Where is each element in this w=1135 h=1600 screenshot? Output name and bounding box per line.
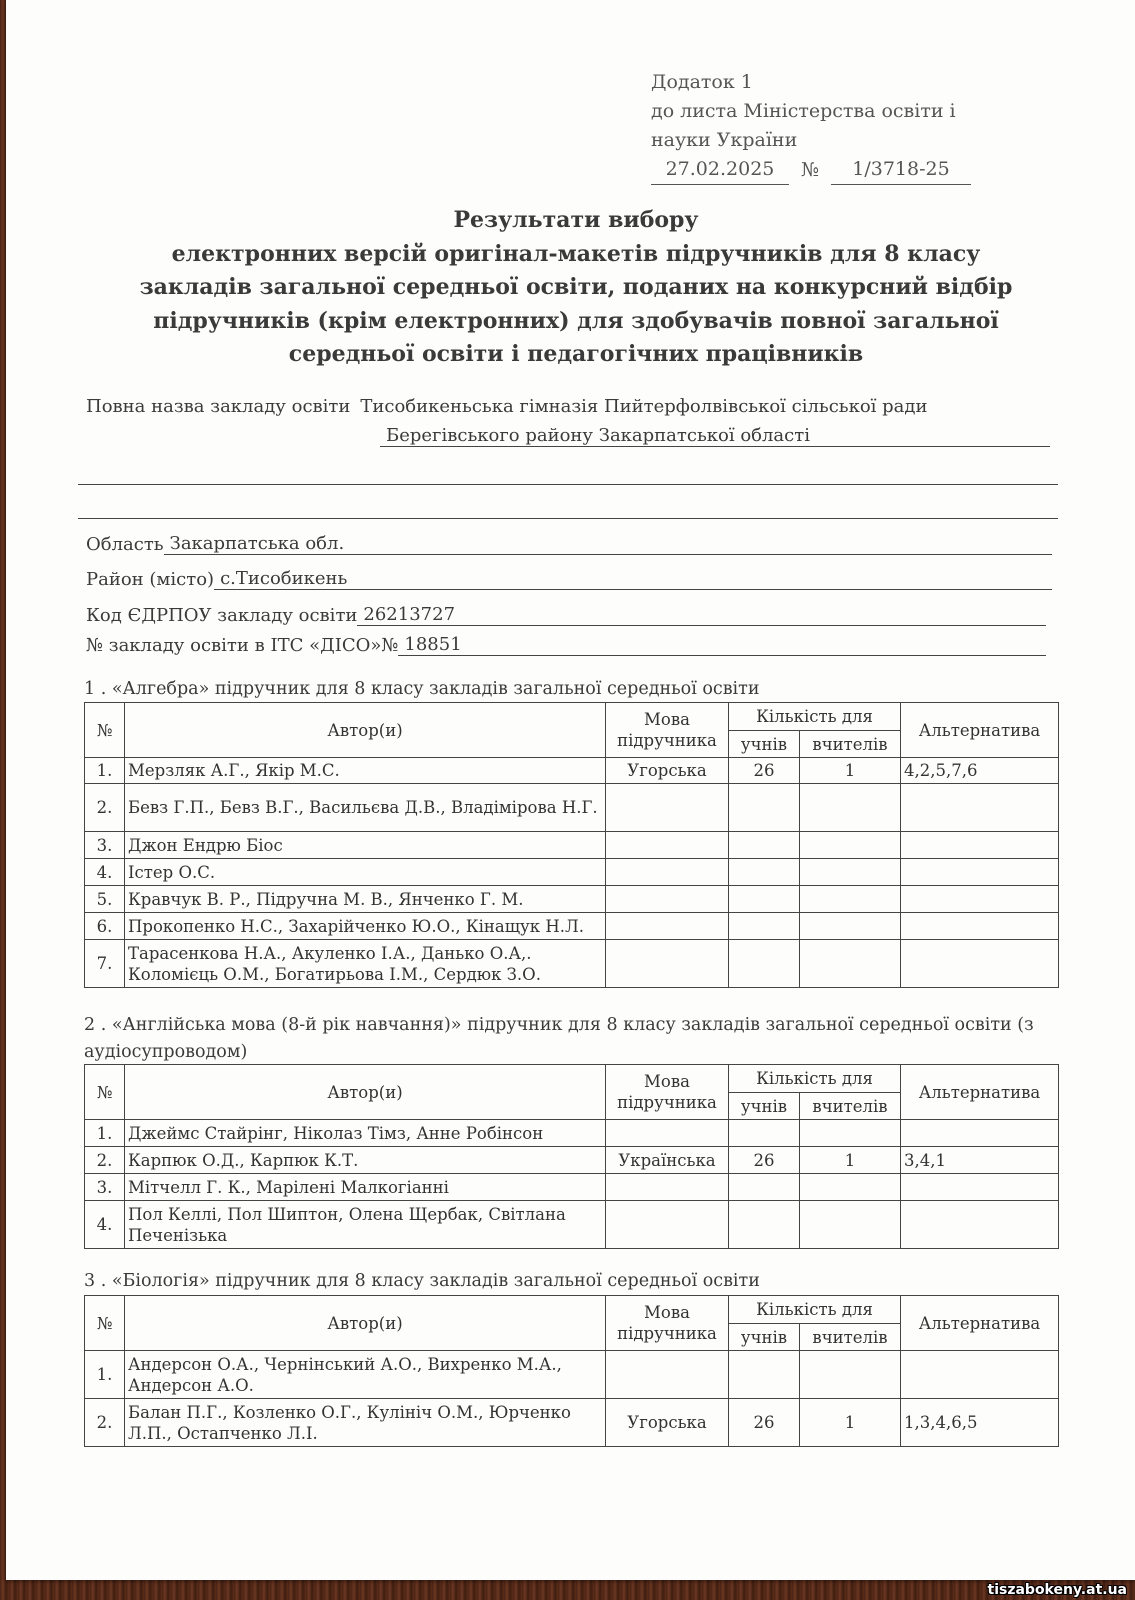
row-language[interactable] [606,1351,729,1399]
institution-name-label: Повна назва закладу освіти [86,396,350,417]
row-students-count[interactable]: 26 [729,1399,800,1447]
row-authors: Джеймс Стайрінг, Ніколаз Тімз, Анне Робі… [125,1120,606,1147]
row-language[interactable]: Українська [606,1147,729,1174]
row-students-count[interactable] [729,913,800,940]
header-alternative: Альтернатива [901,703,1059,758]
row-number: 3. [85,832,125,859]
row-language[interactable] [606,1120,729,1147]
table-row: 1.Джеймс Стайрінг, Ніколаз Тімз, Анне Ро… [85,1120,1059,1147]
row-authors: Тарасенкова Н.А., Акуленко І.А., Данько … [125,940,606,988]
textbook-table-biology: №Автор(и)Мова підручникаКількість дляАль… [84,1295,1059,1447]
row-number: 1. [85,1120,125,1147]
row-authors: Мерзляк А.Г., Якір М.С. [125,758,606,784]
table-row: 6.Прокопенко Н.С., Захарійченко Ю.О., Кі… [85,913,1059,940]
row-authors: Істер О.С. [125,859,606,886]
row-teachers-count[interactable] [800,784,901,832]
annex-line-1: Додаток 1 [651,68,981,97]
table-row: 1.Андерсон О.А., Чернінський А.О., Вихре… [85,1351,1059,1399]
row-authors: Джон Ендрю Біос [125,832,606,859]
annex-line-2: до листа Міністерства освіти і [651,97,981,126]
row-students-count[interactable] [729,1201,800,1249]
row-alternative[interactable]: 4,2,5,7,6 [901,758,1059,784]
document-title: Результати вибору електронних версій ори… [96,204,1056,372]
row-teachers-count[interactable] [800,1201,901,1249]
row-language[interactable] [606,913,729,940]
header-quantity-for: Кількість для [729,1296,901,1324]
header-students: учнів [729,1324,800,1351]
table-row: 1.Мерзляк А.Г., Якір М.С.Угорська2614,2,… [85,758,1059,784]
section-title-english: 2 . «Англійська мова (8-й рік навчання)»… [84,1012,1064,1066]
watermark: tiszabokeny.at.ua [988,1582,1128,1598]
row-number: 3. [85,1174,125,1201]
title-line-3: закладів загальної середньої освіти, под… [96,271,1056,305]
row-students-count[interactable]: 26 [729,758,800,784]
itc-row: № закладу освіти в ІТС «ДІСО»№ 18851 [86,634,1046,656]
textbook-table-algebra: №Автор(и)Мова підручникаКількість дляАль… [84,702,1059,988]
row-students-count[interactable] [729,940,800,988]
row-language[interactable] [606,1201,729,1249]
annex-header: Додаток 1 до листа Міністерства освіти і… [651,68,981,185]
row-authors: Кравчук В. Р., Підручна М. В., Янченко Г… [125,886,606,913]
annex-reference: 27.02.2025 № 1/3718-25 [651,155,981,185]
row-authors: Карпюк О.Д., Карпюк К.Т. [125,1147,606,1174]
row-language[interactable] [606,886,729,913]
section-title-biology: 3 . «Біологія» підручник для 8 класу зак… [84,1268,1064,1295]
row-alternative[interactable] [901,940,1059,988]
row-language[interactable] [606,859,729,886]
row-number: 1. [85,758,125,784]
annex-line-3: науки України [651,126,981,155]
row-teachers-count[interactable] [800,1120,901,1147]
header-authors: Автор(и) [125,703,606,758]
region-label: Область [86,534,164,555]
row-alternative[interactable] [901,832,1059,859]
table-row: 3.Джон Ендрю Біос [85,832,1059,859]
row-number: 6. [85,913,125,940]
annex-number-sign: № [801,156,819,185]
header-language: Мова підручника [606,1065,729,1120]
row-alternative[interactable] [901,859,1059,886]
row-alternative[interactable]: 1,3,4,6,5 [901,1399,1059,1447]
edrpou-value: 26213727 [357,604,1046,626]
row-teachers-count[interactable] [800,832,901,859]
edrpou-label: Код ЄДРПОУ закладу освіти [86,605,357,626]
blank-line [78,484,1058,485]
itc-value: 18851 [398,634,1046,656]
header-quantity-for: Кількість для [729,1065,901,1093]
textbook-table-english: №Автор(и)Мова підручникаКількість дляАль… [84,1064,1059,1249]
row-alternative[interactable] [901,913,1059,940]
annex-number: 1/3718-25 [831,155,971,185]
row-teachers-count[interactable] [800,1174,901,1201]
title-line-4: підручників (крім електронних) для здобу… [96,305,1056,339]
row-students-count[interactable] [729,1351,800,1399]
row-teachers-count[interactable] [800,913,901,940]
header-alternative: Альтернатива [901,1296,1059,1351]
row-teachers-count[interactable]: 1 [800,1399,901,1447]
row-authors: Андерсон О.А., Чернінський А.О., Вихренк… [125,1351,606,1399]
row-authors: Балан П.Г., Козленко О.Г., Кулініч О.М.,… [125,1399,606,1447]
row-alternative[interactable] [901,784,1059,832]
header-teachers: вчителів [800,731,901,758]
header-num: № [85,703,125,758]
table-row: 2.Бевз Г.П., Бевз В.Г., Васильєва Д.В., … [85,784,1059,832]
row-language[interactable] [606,940,729,988]
header-num: № [85,1296,125,1351]
table-row: 2.Карпюк О.Д., Карпюк К.Т.Українська2613… [85,1147,1059,1174]
row-teachers-count[interactable] [800,859,901,886]
row-alternative[interactable] [901,1201,1059,1249]
row-authors: Мітчелл Г. К., Марілені Малкогіанні [125,1174,606,1201]
row-language[interactable] [606,832,729,859]
header-authors: Автор(и) [125,1065,606,1120]
row-alternative[interactable] [901,1351,1059,1399]
row-authors: Прокопенко Н.С., Захарійченко Ю.О., Кіна… [125,913,606,940]
row-alternative[interactable] [901,1174,1059,1201]
annex-date: 27.02.2025 [651,155,789,185]
table-row: 2.Балан П.Г., Козленко О.Г., Кулініч О.М… [85,1399,1059,1447]
header-num: № [85,1065,125,1120]
row-teachers-count[interactable] [800,1351,901,1399]
row-language[interactable] [606,784,729,832]
region-value: Закарпатська обл. [164,533,1052,555]
institution-name-value-line-1: Тисобикеньська гімназія Пийтерфолвівсько… [350,396,927,417]
row-students-count[interactable] [729,859,800,886]
edrpou-row: Код ЄДРПОУ закладу освіти 26213727 [86,604,1046,626]
institution-name-value-line-2: Берегівського району Закарпатської облас… [380,425,1050,447]
row-number: 2. [85,1147,125,1174]
row-students-count[interactable] [729,832,800,859]
row-students-count[interactable] [729,1120,800,1147]
row-alternative[interactable]: 3,4,1 [901,1147,1059,1174]
header-alternative: Альтернатива [901,1065,1059,1120]
table-row: 7.Тарасенкова Н.А., Акуленко І.А., Даньк… [85,940,1059,988]
row-language[interactable]: Угорська [606,1399,729,1447]
table-row: 4.Істер О.С. [85,859,1059,886]
region-row: Область Закарпатська обл. [86,533,1052,555]
table-row: 3.Мітчелл Г. К., Марілені Малкогіанні [85,1174,1059,1201]
row-students-count[interactable] [729,886,800,913]
district-value: с.Тисобикень [214,568,1052,590]
header-language: Мова підручника [606,703,729,758]
title-line-2: електронних версій оригінал-макетів підр… [96,238,1056,272]
row-number: 4. [85,859,125,886]
district-label: Район (місто) [86,569,214,590]
row-teachers-count[interactable]: 1 [800,758,901,784]
section-title-algebra: 1 . «Алгебра» підручник для 8 класу закл… [84,676,1064,703]
header-language: Мова підручника [606,1296,729,1351]
row-number: 2. [85,1399,125,1447]
row-number: 4. [85,1201,125,1249]
header-students: учнів [729,1093,800,1120]
institution-name-row-2: Берегівського району Закарпатської облас… [380,425,1050,447]
row-authors: Пол Келлі, Пол Шиптон, Олена Щербак, Сві… [125,1201,606,1249]
row-alternative[interactable] [901,1120,1059,1147]
institution-name-row: Повна назва закладу освіти Тисобикеньськ… [86,396,1052,417]
header-quantity-for: Кількість для [729,703,901,731]
itc-label: № закладу освіти в ІТС «ДІСО»№ [86,635,398,656]
row-students-count[interactable] [729,784,800,832]
header-teachers: вчителів [800,1324,901,1351]
blank-line [78,518,1058,519]
row-number: 2. [85,784,125,832]
table-row: 5.Кравчук В. Р., Підручна М. В., Янченко… [85,886,1059,913]
header-authors: Автор(и) [125,1296,606,1351]
title-line-5: середньої освіти і педагогічних працівни… [96,338,1056,372]
row-number: 1. [85,1351,125,1399]
row-language[interactable] [606,1174,729,1201]
row-students-count[interactable] [729,1174,800,1201]
row-number: 5. [85,886,125,913]
row-number: 7. [85,940,125,988]
row-teachers-count[interactable] [800,886,901,913]
row-students-count[interactable]: 26 [729,1147,800,1174]
title-line-1: Результати вибору [96,204,1056,238]
row-authors: Бевз Г.П., Бевз В.Г., Васильєва Д.В., Вл… [125,784,606,832]
row-alternative[interactable] [901,886,1059,913]
district-row: Район (місто) с.Тисобикень [86,568,1052,590]
row-teachers-count[interactable]: 1 [800,1147,901,1174]
row-teachers-count[interactable] [800,940,901,988]
header-teachers: вчителів [800,1093,901,1120]
header-students: учнів [729,731,800,758]
document-page: Додаток 1 до листа Міністерства освіти і… [6,0,1135,1580]
row-language[interactable]: Угорська [606,758,729,784]
table-row: 4.Пол Келлі, Пол Шиптон, Олена Щербак, С… [85,1201,1059,1249]
